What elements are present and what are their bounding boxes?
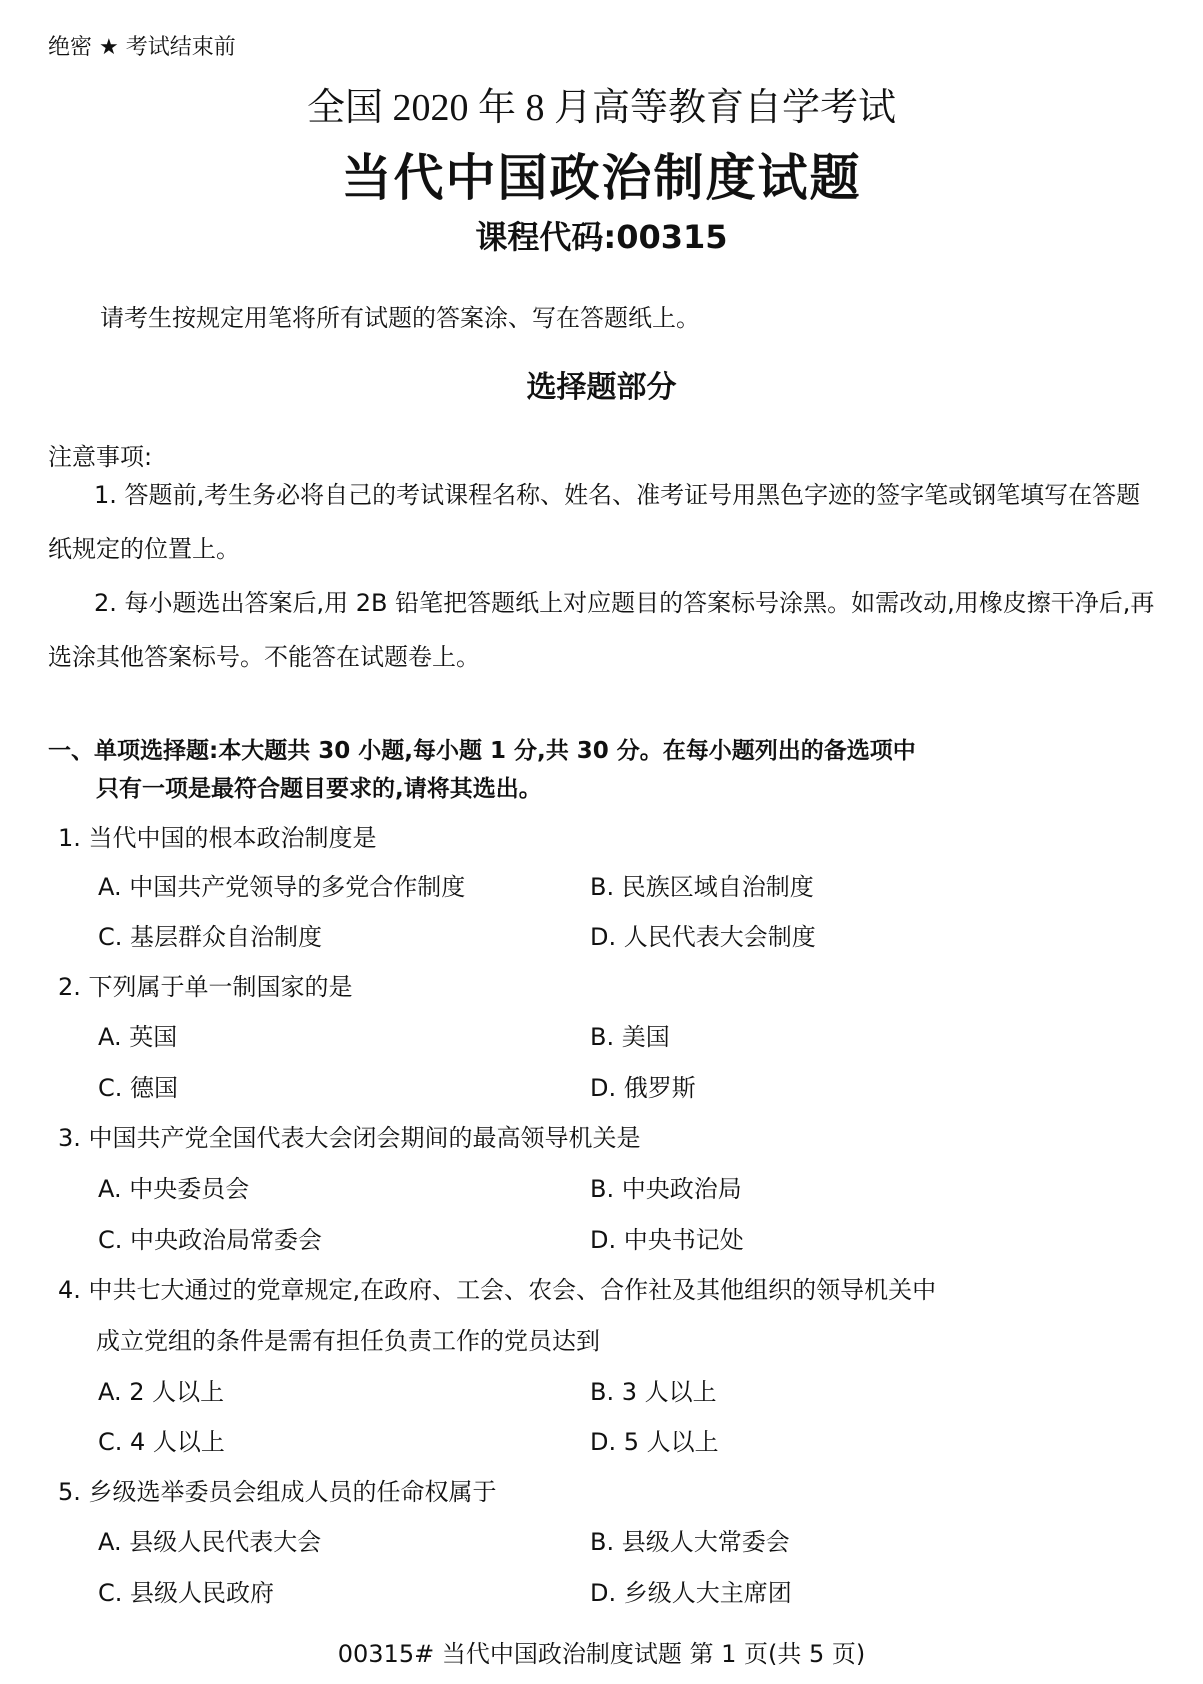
option-c: C. 县级人民政府 bbox=[98, 1573, 274, 1608]
option-c: C. 基层群众自治制度 bbox=[98, 917, 322, 952]
question-stem: 3. 中国共产党全国代表大会闭会期间的最高领导机关是 bbox=[58, 1118, 641, 1153]
notice-item-2: 2. 每小题选出答案后,用 2B 铅笔把答题纸上对应题目的答案标号涂黑。如需改动… bbox=[48, 576, 1158, 684]
exam-title: 全国 2020 年 8 月高等教育自学考试 bbox=[0, 76, 1203, 131]
notice-heading: 注意事项: bbox=[48, 437, 152, 472]
section-heading-cont: 只有一项是最符合题目要求的,请将其选出。 bbox=[96, 770, 542, 803]
option-a: A. 2 人以上 bbox=[98, 1372, 224, 1407]
option-b: B. 3 人以上 bbox=[590, 1372, 717, 1407]
option-d: D. 俄罗斯 bbox=[590, 1068, 696, 1103]
part-title: 选择题部分 bbox=[0, 362, 1203, 406]
option-a: A. 中央委员会 bbox=[98, 1169, 249, 1204]
option-c: C. 德国 bbox=[98, 1068, 178, 1103]
question-stem: 2. 下列属于单一制国家的是 bbox=[58, 967, 353, 1002]
option-a: A. 中国共产党领导的多党合作制度 bbox=[98, 867, 465, 902]
question-stem: 5. 乡级选举委员会组成人员的任命权属于 bbox=[58, 1472, 497, 1507]
option-d: D. 5 人以上 bbox=[590, 1422, 719, 1457]
option-a: A. 县级人民代表大会 bbox=[98, 1522, 321, 1557]
option-b: B. 民族区域自治制度 bbox=[590, 867, 814, 902]
option-c: C. 4 人以上 bbox=[98, 1422, 225, 1457]
notice-item-1: 1. 答题前,考生务必将自己的考试课程名称、姓名、准考证号用黑色字迹的签字笔或钢… bbox=[48, 468, 1158, 576]
question-stem: 1. 当代中国的根本政治制度是 bbox=[58, 818, 377, 853]
course-code: 课程代码:00315 bbox=[0, 212, 1203, 258]
option-d: D. 人民代表大会制度 bbox=[590, 917, 816, 952]
option-c: C. 中央政治局常委会 bbox=[98, 1220, 322, 1255]
option-d: D. 乡级人大主席团 bbox=[590, 1573, 792, 1608]
question-stem-cont: 成立党组的条件是需有担任负责工作的党员达到 bbox=[96, 1321, 600, 1356]
option-b: B. 县级人大常委会 bbox=[590, 1522, 790, 1557]
option-a: A. 英国 bbox=[98, 1017, 177, 1052]
answer-instruction: 请考生按规定用笔将所有试题的答案涂、写在答题纸上。 bbox=[100, 298, 700, 333]
page-footer: 00315# 当代中国政治制度试题 第 1 页(共 5 页) bbox=[0, 1634, 1203, 1669]
option-b: B. 中央政治局 bbox=[590, 1169, 742, 1204]
option-d: D. 中央书记处 bbox=[590, 1220, 744, 1255]
paper-title: 当代中国政治制度试题 bbox=[0, 138, 1203, 210]
section-heading: 一、单项选择题:本大题共 30 小题,每小题 1 分,共 30 分。在每小题列出… bbox=[48, 732, 916, 765]
confidential-mark: 绝密 ★ 考试结束前 bbox=[48, 30, 236, 61]
question-stem: 4. 中共七大通过的党章规定,在政府、工会、农会、合作社及其他组织的领导机关中 bbox=[58, 1270, 936, 1305]
option-b: B. 美国 bbox=[590, 1017, 670, 1052]
